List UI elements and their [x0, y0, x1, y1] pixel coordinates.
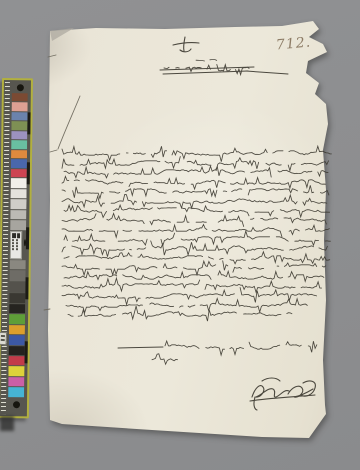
strip-bottom-shadow	[0, 416, 14, 431]
color-patch	[10, 260, 26, 270]
color-patch	[9, 335, 25, 345]
color-patch	[12, 93, 28, 102]
color-patch	[11, 169, 27, 178]
color-patch	[8, 356, 24, 366]
manuscript-paper	[0, 0, 360, 470]
color-patch	[11, 150, 27, 159]
color-patch	[12, 102, 28, 111]
color-patch	[9, 346, 25, 356]
color-patch	[8, 367, 24, 377]
color-patch	[9, 304, 25, 314]
color-patch	[11, 189, 27, 199]
color-patch	[10, 220, 26, 230]
folio-number: 712.	[275, 34, 311, 53]
calibration-edge-bar	[27, 112, 30, 134]
registration-dot	[12, 83, 28, 92]
paper-sheet-wrap	[0, 0, 360, 470]
registration-dot	[8, 398, 24, 411]
color-patch	[11, 159, 27, 168]
color-patch	[11, 112, 27, 121]
color-patch	[11, 131, 27, 140]
color-patch	[9, 293, 25, 303]
color-patch	[10, 270, 26, 281]
color-patch	[10, 199, 26, 209]
color-patch	[11, 121, 27, 130]
calibration-edge-bar	[27, 162, 30, 184]
calibration-edge-bar	[25, 341, 28, 363]
color-patch	[11, 178, 27, 188]
resolution-target-label	[10, 231, 26, 260]
photographed-manuscript-scene: 712.	[0, 0, 360, 470]
color-patch	[9, 325, 25, 335]
color-patch	[8, 377, 24, 387]
color-patch	[11, 140, 27, 149]
calibration-edge-bar	[26, 227, 29, 249]
color-patch	[8, 387, 24, 397]
calibration-edge-bar	[25, 277, 28, 299]
color-patch	[10, 210, 26, 220]
color-patch	[9, 282, 25, 293]
color-calibration-strip	[0, 78, 33, 418]
color-patch	[9, 314, 25, 324]
calibration-small-label	[0, 332, 7, 345]
